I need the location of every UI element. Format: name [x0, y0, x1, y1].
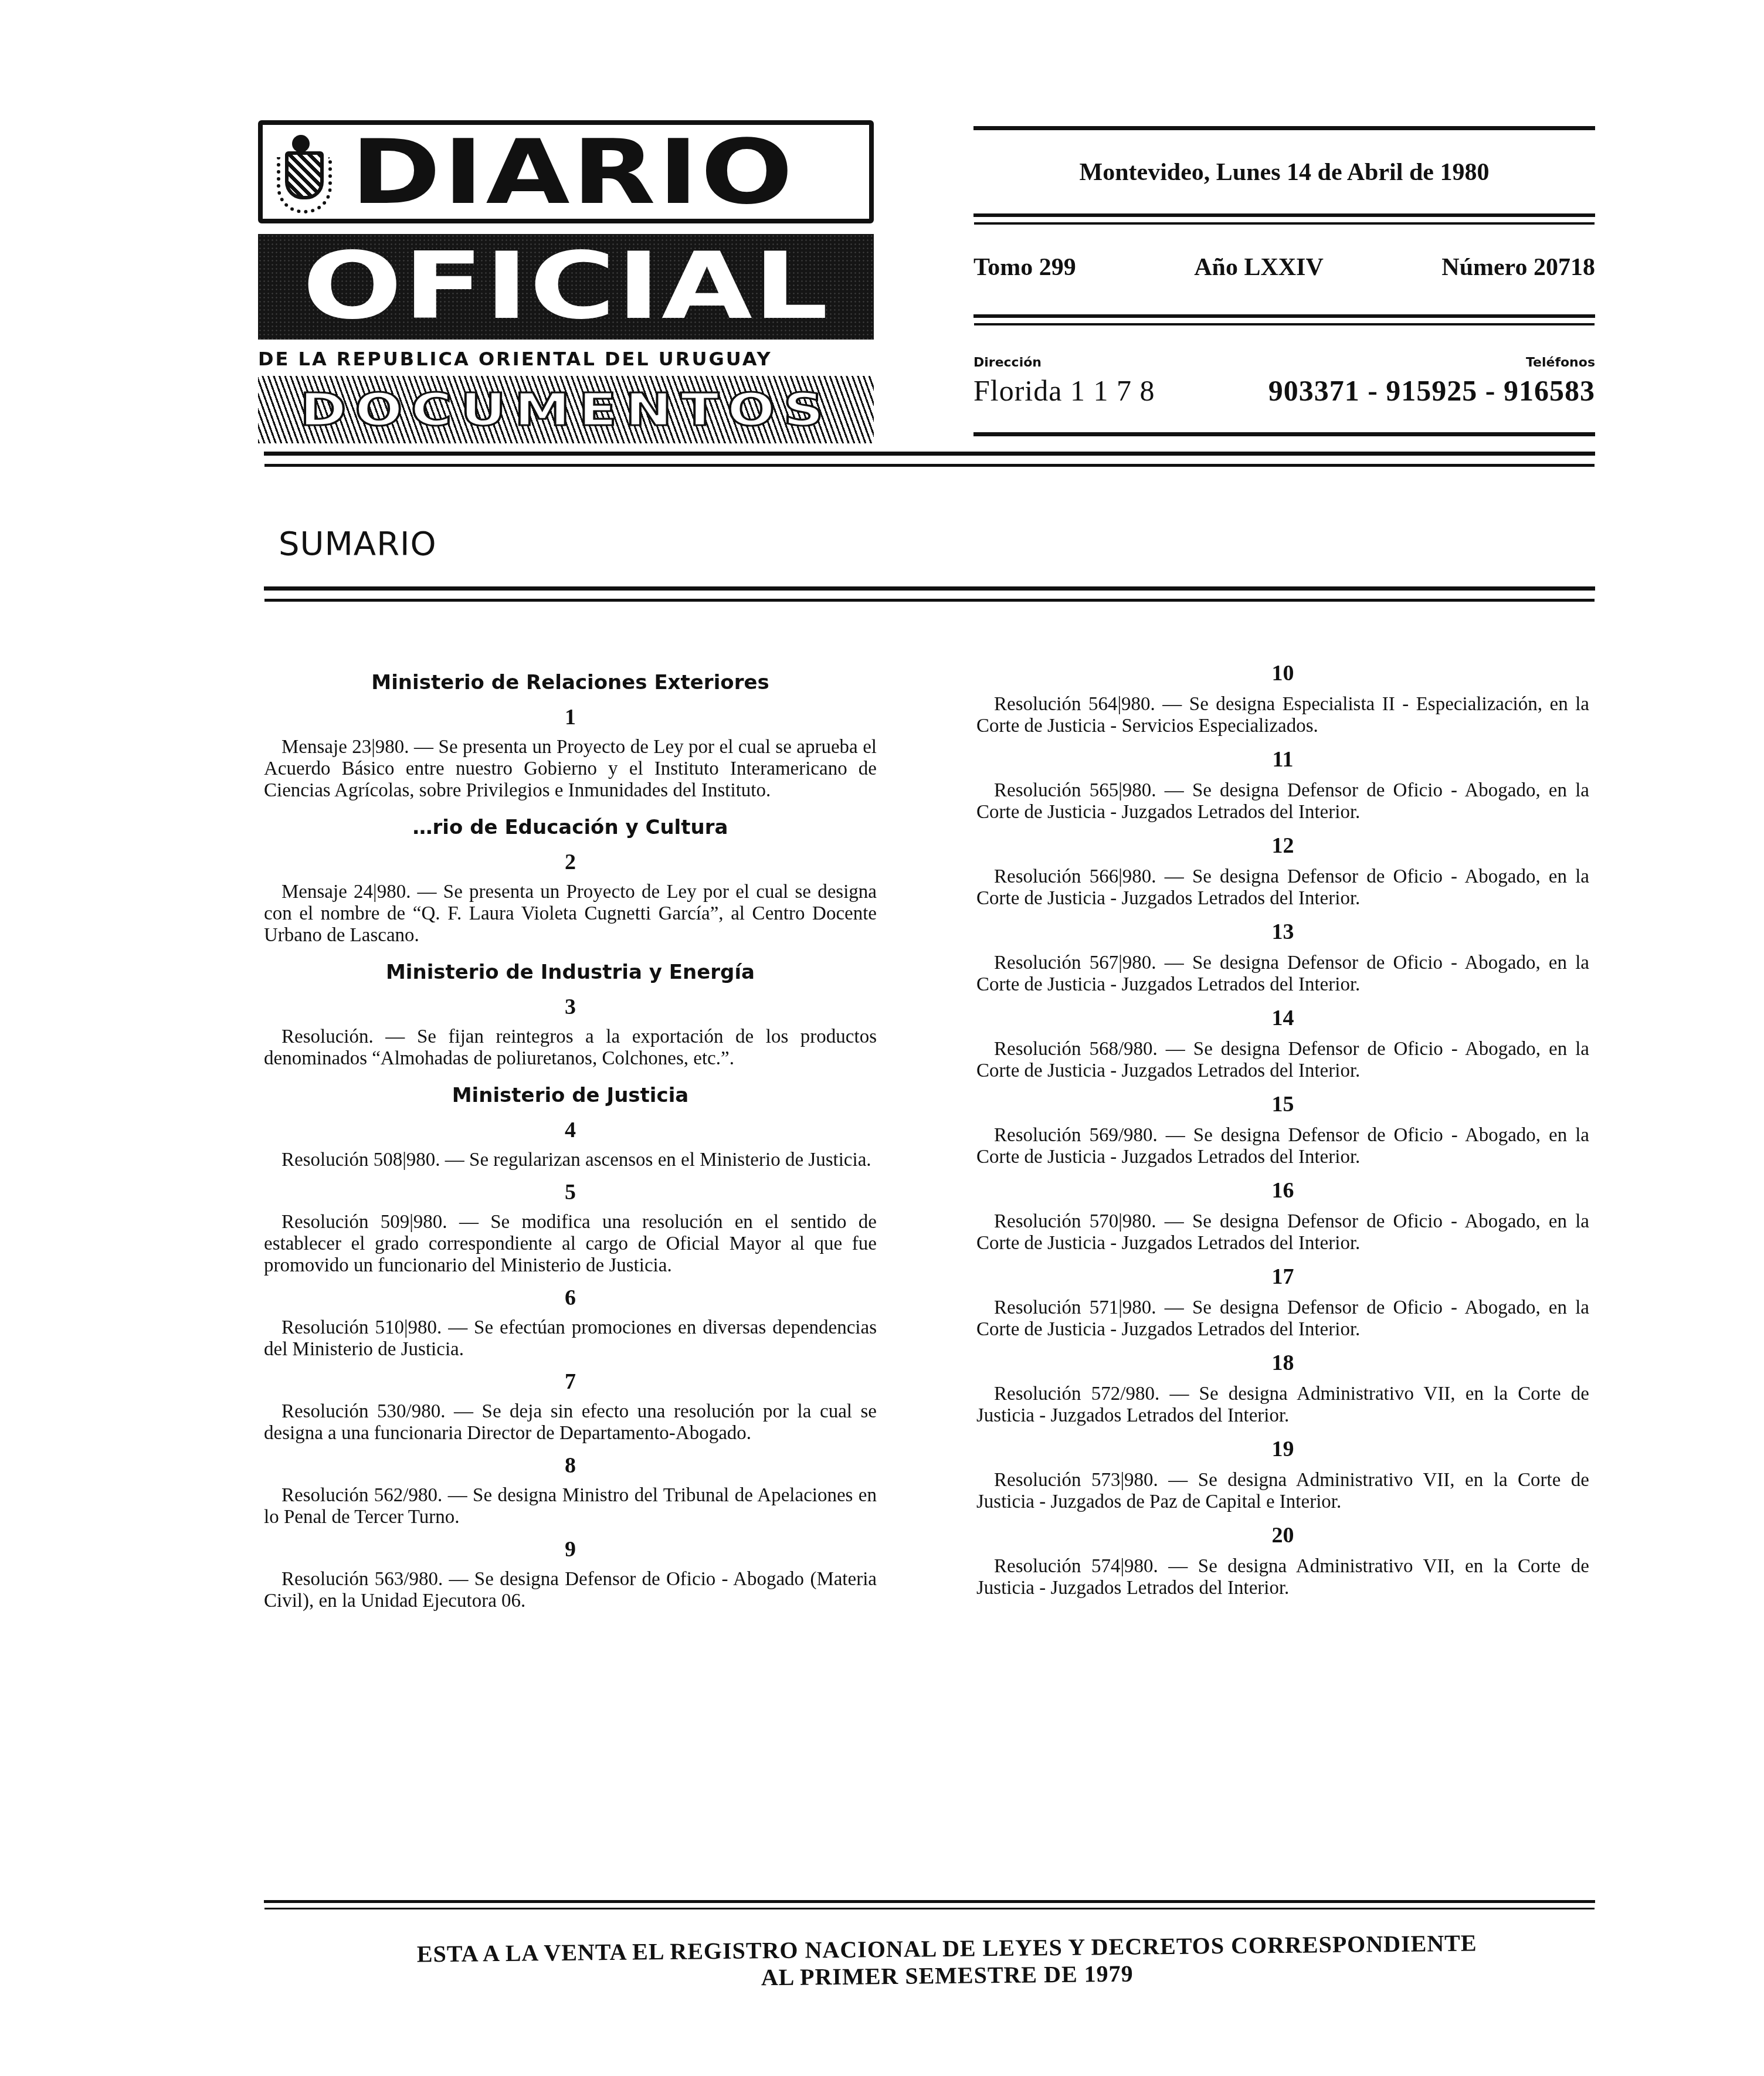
masthead-section-band: DOCUMENTOS — [258, 376, 874, 443]
issue-date: Montevideo, Lunes 14 de Abril de 1980 — [973, 130, 1595, 213]
summary-entry: Resolución. — Se fijan reintegros a la e… — [264, 1026, 877, 1070]
summary-entry: Resolución 567|980. — Se designa Defenso… — [976, 952, 1589, 996]
item-number: 8 — [264, 1455, 877, 1477]
ministry-heading: …rio de Educación y Cultura — [264, 817, 877, 839]
summary-entry: Mensaje 23|980. — Se presenta un Proyect… — [264, 737, 877, 802]
item-number: 2 — [264, 852, 877, 873]
masthead: DIARIO OFICIAL DE LA REPUBLICA ORIENTAL … — [258, 120, 874, 443]
masthead-oficial-band: OFICIAL — [258, 234, 874, 340]
item-number: 4 — [264, 1120, 877, 1141]
masthead-title-diario: DIARIO — [351, 127, 795, 216]
tomo: Tomo 299 — [973, 253, 1076, 281]
item-number: 10 — [976, 663, 1589, 684]
item-number: 1 — [264, 707, 877, 728]
item-number: 14 — [976, 1008, 1589, 1029]
item-number: 7 — [264, 1371, 877, 1393]
divider — [973, 126, 1595, 130]
summary-entry: Resolución 563/980. — Se designa Defenso… — [264, 1569, 877, 1612]
numero: Número 20718 — [1441, 253, 1595, 281]
summary-entry: Resolución 571|980. — Se designa Defenso… — [976, 1297, 1589, 1341]
summary-entry: Resolución 570|980. — Se designa Defenso… — [976, 1211, 1589, 1254]
masthead-subtitle: DE LA REPUBLICA ORIENTAL DEL URUGUAY — [258, 348, 874, 370]
issue-meta-row: Tomo 299 Año LXXIV Número 20718 — [973, 225, 1595, 314]
divider — [973, 213, 1595, 217]
masthead-section-label: DOCUMENTOS — [300, 387, 832, 432]
divider — [264, 452, 1595, 456]
issue-info: Montevideo, Lunes 14 de Abril de 1980 To… — [973, 126, 1595, 436]
item-number: 16 — [976, 1180, 1589, 1202]
direccion-label: Dirección — [973, 355, 1042, 370]
contact-labels: Dirección Teléfonos — [973, 326, 1595, 370]
anio: Año LXXIV — [1194, 253, 1324, 281]
item-number: 13 — [976, 921, 1589, 943]
divider — [973, 314, 1595, 318]
ministry-heading: Ministerio de Justicia — [264, 1085, 877, 1107]
page-title: SUMARIO — [279, 525, 437, 563]
summary-entry: Resolución 509|980. — Se modifica una re… — [264, 1212, 877, 1277]
item-number: 17 — [976, 1266, 1589, 1288]
summary-entry: Resolución 566|980. — Se designa Defenso… — [976, 866, 1589, 910]
contact-values: Florida 1 1 7 8 903371 - 915925 - 916583 — [973, 370, 1595, 432]
telefonos-value: 903371 - 915925 - 916583 — [1268, 374, 1595, 408]
item-number: 18 — [976, 1352, 1589, 1374]
sale-notice: ESTA A LA VENTA EL REGISTRO NACIONAL DE … — [328, 1929, 1566, 1996]
item-number: 15 — [976, 1094, 1589, 1115]
summary-entry: Mensaje 24|980. — Se presenta un Proyect… — [264, 881, 877, 947]
summary-entry: Resolución 574|980. — Se designa Adminis… — [976, 1556, 1589, 1599]
summary-right-column: 10Resolución 564|980. — Se designa Espec… — [976, 651, 1589, 1604]
summary-entry: Resolución 569/980. — Se designa Defenso… — [976, 1125, 1589, 1168]
ministry-heading: Ministerio de Relaciones Exteriores — [264, 672, 877, 694]
summary-entry: Resolución 568/980. — Se designa Defenso… — [976, 1039, 1589, 1082]
item-number: 11 — [976, 749, 1589, 771]
summary-entry: Resolución 572/980. — Se designa Adminis… — [976, 1383, 1589, 1427]
item-number: 20 — [976, 1525, 1589, 1546]
telefonos-label: Teléfonos — [1526, 355, 1595, 370]
item-number: 3 — [264, 996, 877, 1018]
summary-entry: Resolución 562/980. — Se designa Ministr… — [264, 1485, 877, 1528]
divider — [973, 432, 1595, 436]
item-number: 9 — [264, 1539, 877, 1561]
masthead-title-oficial: OFICIAL — [303, 241, 829, 333]
summary-entry: Resolución 565|980. — Se designa Defenso… — [976, 780, 1589, 823]
masthead-diario-box: DIARIO — [258, 120, 874, 223]
summary-entry: Resolución 573|980. — Se designa Adminis… — [976, 1470, 1589, 1513]
item-number: 12 — [976, 835, 1589, 857]
coat-of-arms-icon — [274, 134, 327, 210]
summary-entry: Resolución 510|980. — Se efectúan promoc… — [264, 1317, 877, 1361]
item-number: 5 — [264, 1182, 877, 1203]
ministry-heading: Ministerio de Industria y Energía — [264, 962, 877, 983]
summary-entry: Resolución 530/980. — Se deja sin efecto… — [264, 1401, 877, 1444]
divider — [264, 586, 1595, 591]
summary-entry: Resolución 564|980. — Se designa Especia… — [976, 694, 1589, 737]
divider — [264, 1900, 1595, 1903]
item-number: 6 — [264, 1287, 877, 1309]
direccion-value: Florida 1 1 7 8 — [973, 374, 1155, 408]
item-number: 19 — [976, 1439, 1589, 1460]
summary-left-column: Ministerio de Relaciones Exteriores1Mens… — [264, 657, 877, 1617]
summary-entry: Resolución 508|980. — Se regularizan asc… — [264, 1149, 877, 1171]
